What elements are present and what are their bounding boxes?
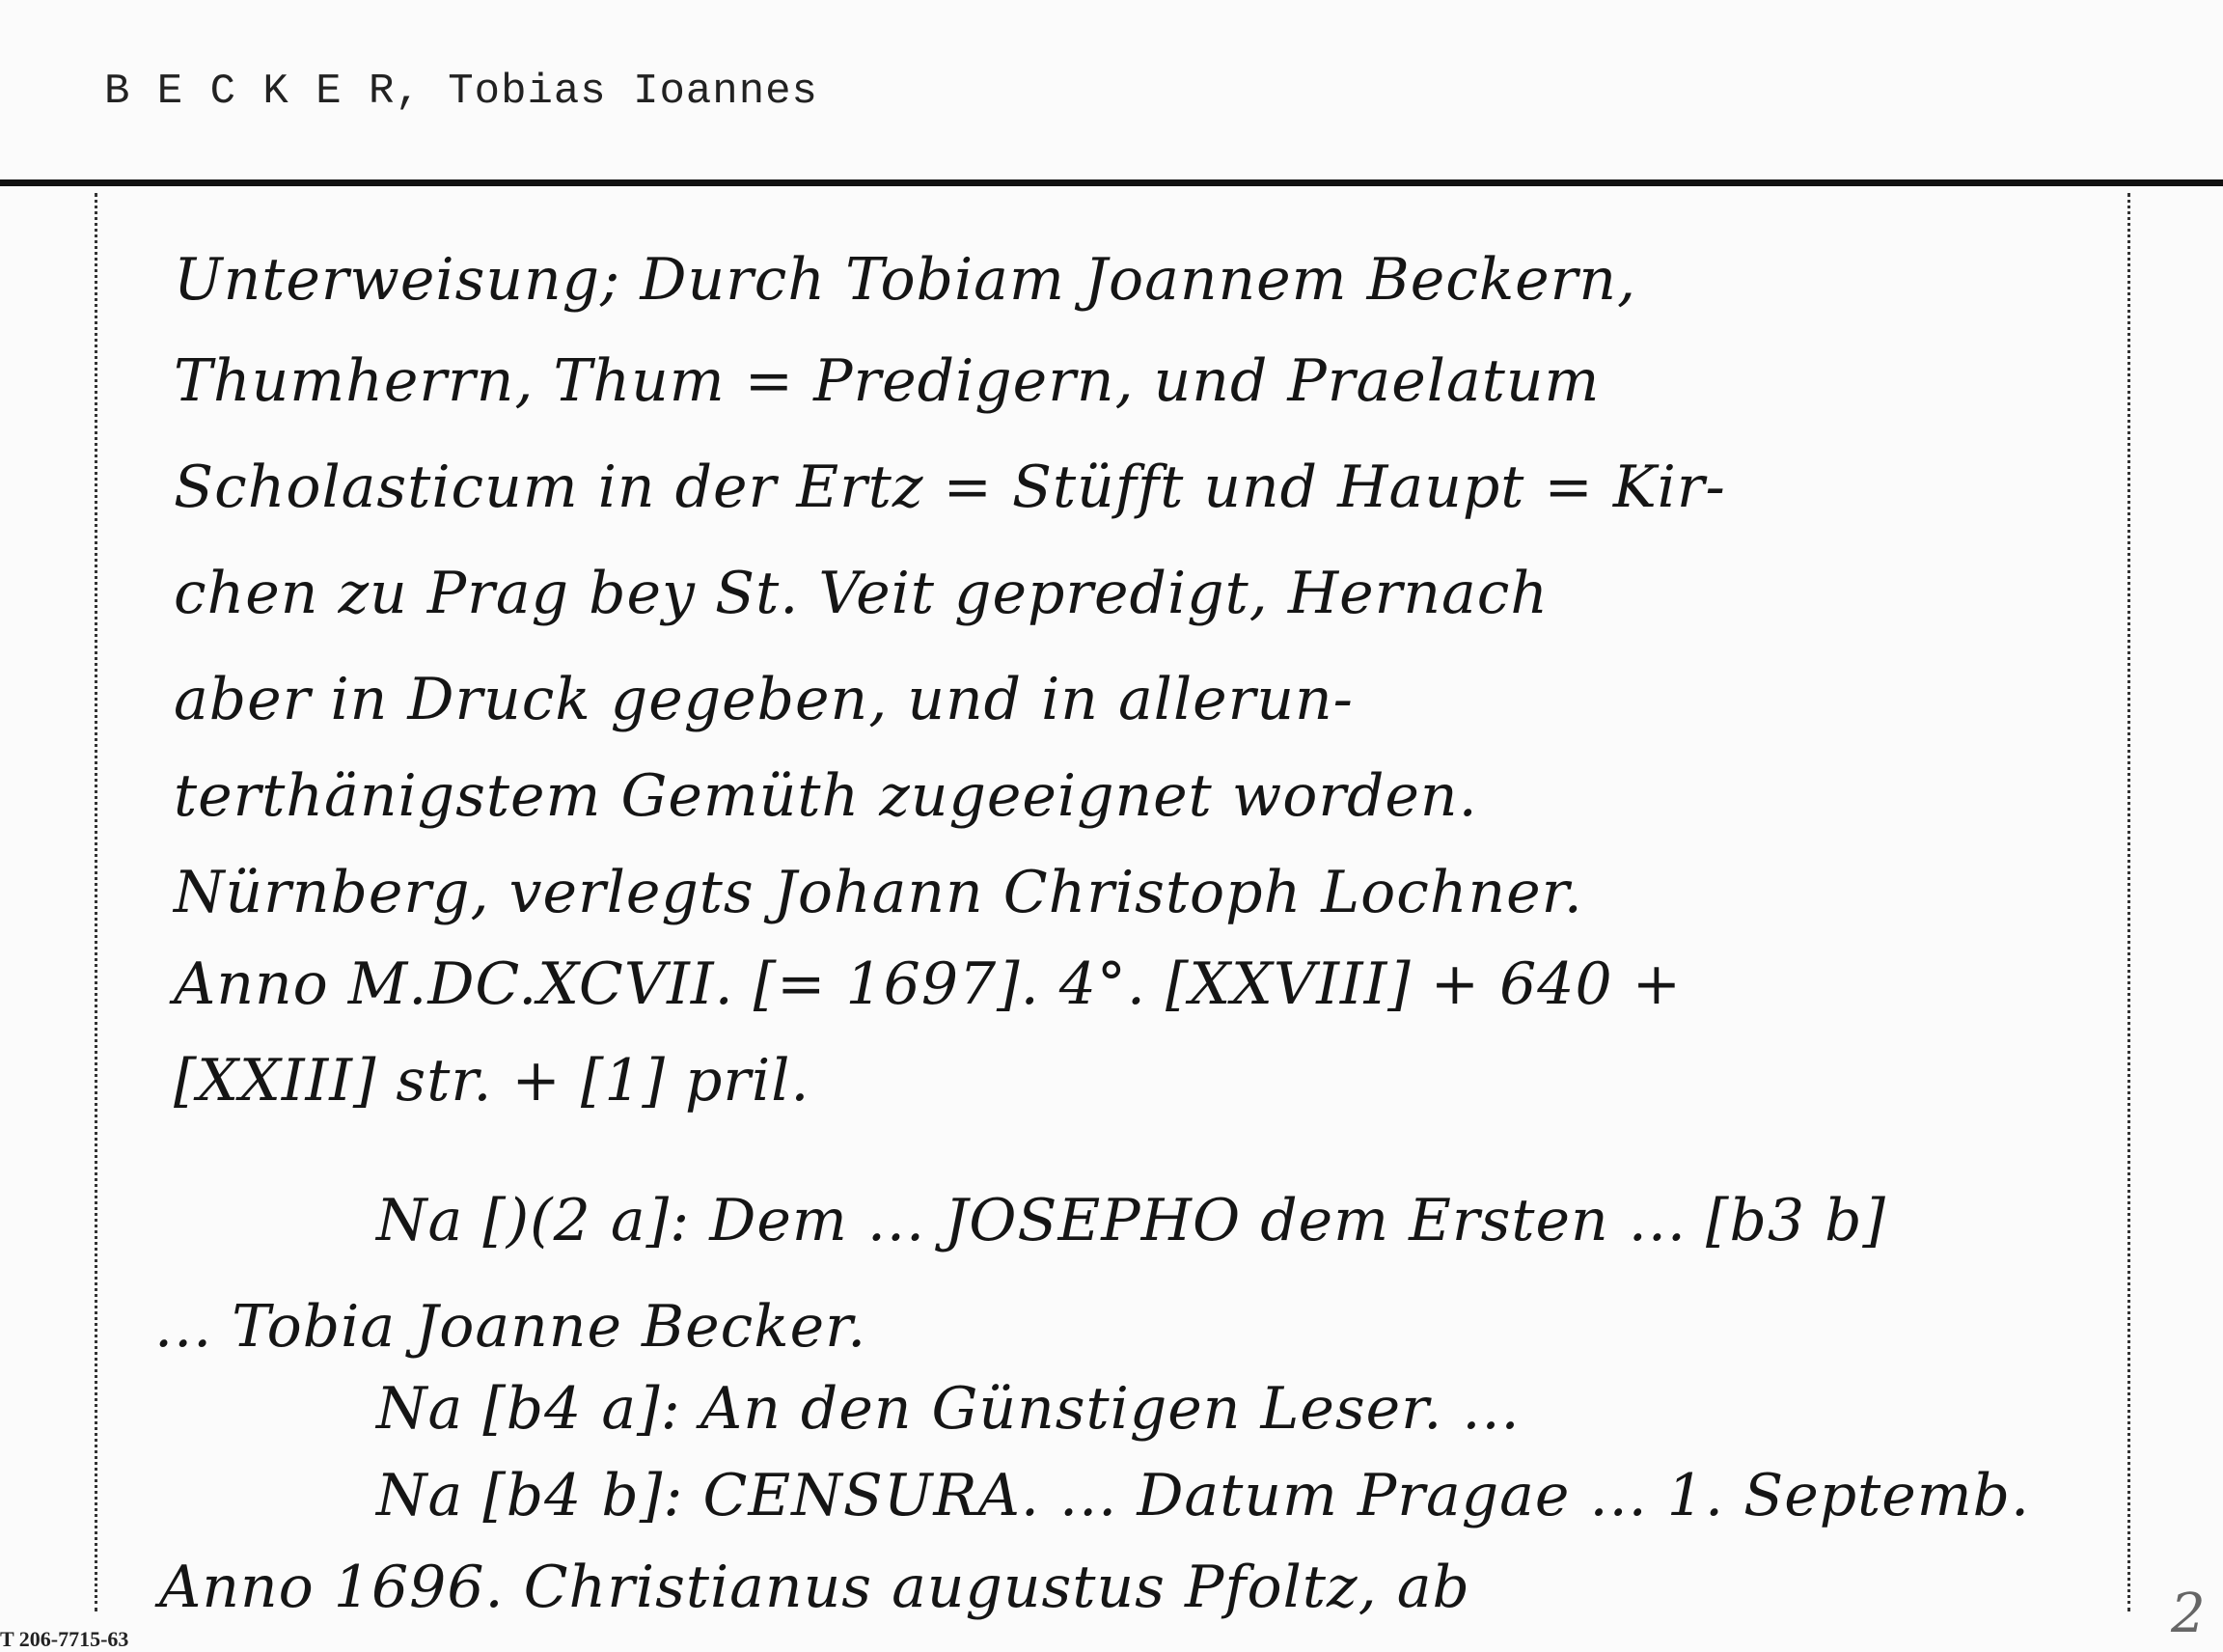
text-line: terthänigstem Gemüth zugeeignet worden. (174, 762, 1478, 830)
text-line: Scholasticum in der Ertz = Stüfft und Ha… (174, 454, 1726, 521)
left-margin-dots (95, 193, 97, 1611)
text-line: Na [)(2 a]: Dem ... JOSEPHO dem Ersten .… (376, 1187, 1886, 1254)
right-margin-dots (2127, 193, 2130, 1611)
heading-rule (0, 179, 2223, 186)
text-line: [XXIII] str. + [1] pril. (174, 1047, 810, 1115)
text-line: ... Tobia Joanne Becker. (154, 1293, 866, 1361)
text-line: Thumherrn, Thum = Predigern, und Praelat… (174, 347, 1600, 415)
text-line: Nürnberg, verlegts Johann Christoph Loch… (174, 859, 1583, 926)
footer-code: T 206-7715-63 (0, 1627, 128, 1652)
text-line: Unterweisung; Durch Tobiam Joannem Becke… (174, 246, 1636, 314)
text-line: chen zu Prag bey St. Veit gepredigt, Her… (174, 560, 1549, 627)
text-line: Na [b4 a]: An den Günstigen Leser. ... (376, 1375, 1521, 1443)
text-line: Anno M.DC.XCVII. [= 1697]. 4°. [XXVIII] … (174, 950, 1682, 1018)
text-line: aber in Druck gegeben, und in allerun- (174, 666, 1354, 733)
text-line: Anno 1696. Christianus augustus Pfoltz, … (159, 1554, 1470, 1621)
page-number: 2 (2171, 1583, 2206, 1645)
text-line: Na [b4 b]: CENSURA. ... Datum Pragae ...… (376, 1462, 2030, 1529)
card-heading: B E C K E R, Tobias Ioannes (104, 68, 818, 116)
